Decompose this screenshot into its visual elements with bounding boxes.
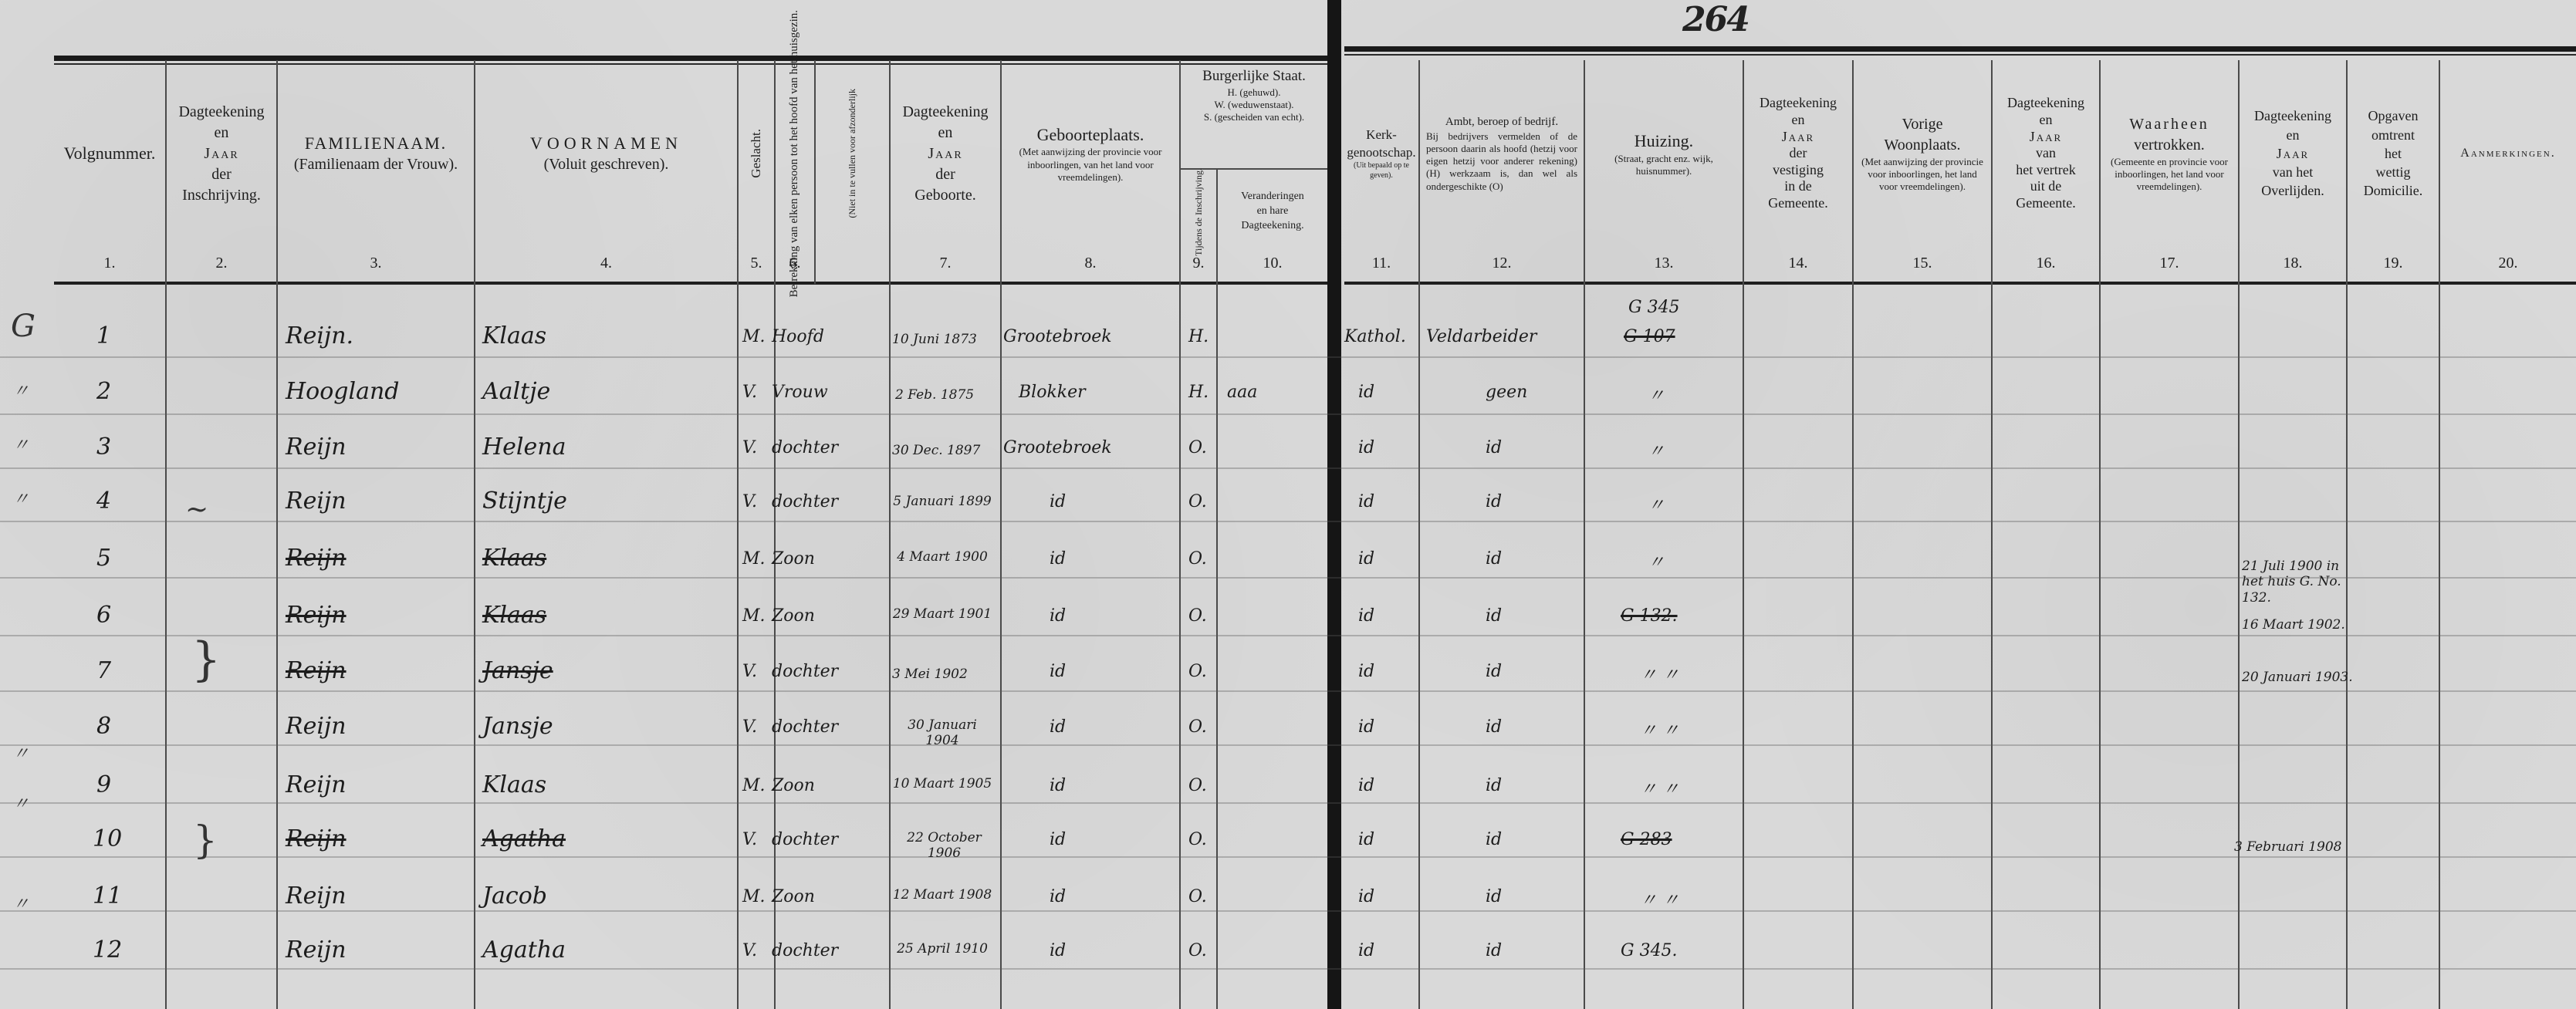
header-sublabel: (Straat, gracht enz. wijk, huisnummer).: [1585, 153, 1743, 178]
header-label: en: [938, 123, 953, 143]
row-line: [0, 635, 2576, 636]
row-burgerlijke-staat: O.: [1188, 492, 1207, 511]
row-line: [0, 910, 2576, 912]
row-betrekking: Hoofd: [772, 327, 824, 346]
header-label: Dagteekening: [902, 102, 988, 123]
header-label: Domicilie.: [2364, 181, 2422, 200]
margin-ditto-mark: 〃: [12, 378, 29, 402]
header-label: omtrent: [2371, 126, 2415, 144]
row-kerkgenootschap: id: [1358, 887, 1374, 906]
row-beroep: id: [1486, 830, 1502, 849]
row-betrekking: Zoon: [772, 606, 815, 626]
row-beroep: geen: [1486, 383, 1527, 402]
row-burgerlijke-staat: H.: [1188, 383, 1209, 402]
row-overlijden: 20 Januari 1903.: [2242, 670, 2353, 685]
row-line: [0, 856, 2576, 858]
header-label: Huizing.: [1635, 130, 1693, 153]
header-label: en: [2287, 126, 2300, 144]
margin-ditto-mark: 〃: [12, 791, 29, 815]
row-huizing: 〃: [1648, 492, 1665, 516]
bracket-mark: }: [191, 633, 221, 687]
column-number: 6.: [776, 255, 814, 272]
header-aanmerkingen: Aanmerkingen.: [2440, 57, 2576, 250]
header-label: genootschap.: [1347, 144, 1415, 162]
row-huizing: G 345.: [1621, 941, 1678, 960]
header-legend: S. (gescheiden van echt).: [1198, 111, 1310, 123]
row-familienaam-struck: Reijn: [286, 545, 347, 572]
row-kerkgenootschap: id: [1358, 438, 1374, 457]
row-voornamen-struck: Klaas: [482, 602, 546, 629]
header-label: FAMILIENAAM.: [305, 132, 447, 155]
row-burgerlijke-staat: O.: [1188, 662, 1207, 681]
row-volgnummer: 4: [96, 488, 111, 515]
column-number: 2.: [167, 255, 276, 272]
row-voornamen: Klaas: [482, 322, 546, 349]
header-label: Kerk-: [1366, 127, 1397, 144]
header-label: uit de: [2030, 178, 2062, 195]
column-number: 19.: [2348, 255, 2439, 272]
header-betrekking: Betrekking van elken persoon tot het hoo…: [776, 57, 814, 250]
row-geboorteplaats: id: [1050, 492, 1066, 511]
row-betrekking: Zoon: [772, 776, 815, 795]
row-kerkgenootschap: id: [1358, 830, 1374, 849]
row-voornamen-struck: Klaas: [482, 545, 546, 572]
row-geboorte: 5 Januari 1899: [892, 494, 992, 509]
header-label: der: [1790, 145, 1807, 162]
header-sublabel: (Uit bepaald op te geven).: [1344, 161, 1418, 181]
row-burgerlijke-staat: O.: [1188, 717, 1207, 737]
row-huizing: G 345: [1628, 298, 1680, 317]
row-volgnummer: 2: [96, 378, 111, 405]
column-number: 10.: [1218, 255, 1327, 272]
row-beroep: id: [1486, 549, 1502, 569]
row-burgerlijke-staat: O.: [1188, 438, 1207, 457]
row-geslacht: M.: [742, 327, 766, 346]
header-label: Veranderingen: [1241, 190, 1304, 204]
bracket-mark: ~: [185, 494, 208, 525]
row-volgnummer: 10: [93, 825, 122, 852]
header-sublabel: (Met aanwijzing der provincie voor inboo…: [1002, 146, 1179, 184]
row-geboorte: 29 Maart 1901: [892, 606, 992, 622]
row-line: [0, 802, 2576, 804]
header-tijdens-inschrijving: Tijdens de Inschrijving.: [1181, 171, 1216, 252]
column-divider: [1216, 168, 1218, 1009]
row-geboorte: 22 October 1906: [892, 830, 996, 862]
header-dagteekening-geboorte: Dagteekening en Jaar der Geboorte.: [891, 57, 1000, 250]
header-volgnummer: Volgnummer.: [54, 57, 165, 250]
header-niet-in-te-vullen: (Niet in te vullen voor afzonderlijk: [816, 57, 889, 250]
row-familienaam: Reijn: [286, 882, 347, 909]
row-voornamen: Jansje: [482, 713, 553, 740]
header-label: Dagteekening: [1760, 95, 1837, 112]
header-label: VOORNAMEN: [530, 132, 682, 155]
column-number: 16.: [1993, 255, 2099, 272]
header-label: vertrokken.: [2134, 135, 2205, 156]
header-label: Woonplaats.: [1885, 135, 1961, 156]
column-number: 12.: [1420, 255, 1584, 272]
header-label: Vorige: [1902, 114, 1943, 135]
row-kerkgenootschap: id: [1358, 662, 1374, 681]
row-beroep: id: [1486, 717, 1502, 737]
header-label: Aanmerkingen.: [2460, 145, 2555, 162]
row-betrekking: Zoon: [772, 887, 815, 906]
row-volgnummer: 8: [96, 713, 111, 740]
header-voornamen: VOORNAMEN (Voluit geschreven).: [475, 57, 737, 250]
row-betrekking: dochter: [772, 717, 838, 737]
header-label: het: [2385, 144, 2402, 163]
row-geboorte: 10 Juni 1873: [892, 332, 977, 347]
row-huizing: 〃 〃: [1640, 717, 1679, 741]
header-label: der: [211, 164, 232, 185]
row-geslacht: V.: [742, 383, 757, 402]
row-line: [0, 968, 2576, 970]
header-label: Overlijden.: [2261, 181, 2324, 200]
row-huizing-struck: G 283: [1621, 830, 1672, 849]
row-kerkgenootschap: id: [1358, 717, 1374, 737]
header-label: Gemeente.: [1768, 195, 1827, 212]
row-familienaam: Reijn: [286, 434, 347, 461]
row-geboorteplaats: Grootebroek: [1003, 327, 1112, 346]
row-line: [0, 413, 2576, 415]
header-label: Gemeente.: [2016, 195, 2075, 212]
row-betrekking: dochter: [772, 438, 838, 457]
row-volgnummer: 7: [96, 657, 111, 684]
header-sublabel: (Gemeente en provincie voor inboorlingen…: [2101, 156, 2238, 194]
row-burgerlijke-staat: O.: [1188, 830, 1207, 849]
header-label: Dagteekening.: [1241, 219, 1303, 234]
column-number: 18.: [2240, 255, 2346, 272]
row-kerkgenootschap: Kathol.: [1344, 327, 1406, 346]
bracket-mark: }: [193, 818, 218, 862]
header-label: van: [2036, 145, 2056, 162]
header-vertrek: Dagteekening en Jaar van het vertrek uit…: [1993, 57, 2099, 250]
margin-ditto-mark: 〃: [12, 891, 29, 915]
header-label: Geslacht.: [749, 129, 764, 178]
header-vorige-woonplaats: Vorige Woonplaats. (Met aanwijzing der p…: [1854, 57, 1991, 250]
row-kerkgenootschap: id: [1358, 383, 1374, 402]
row-kerkgenootschap: id: [1358, 776, 1374, 795]
row-line: [0, 690, 2576, 692]
header-familienaam: FAMILIENAAM. (Familienaam der Vrouw).: [278, 57, 474, 250]
header-burgerlijke-staat: Burgerlijke Staat. H. (gehuwd). W. (wedu…: [1181, 60, 1327, 174]
row-familienaam: Reijn: [286, 936, 347, 963]
column-number: 13.: [1585, 255, 1743, 272]
row-familienaam: Reijn: [286, 771, 347, 798]
margin-ditto-mark: 〃: [12, 486, 29, 510]
row-line: [0, 467, 2576, 469]
header-sublabel: (Met aanwijzing der provincie voor inboo…: [1854, 156, 1991, 194]
header-overlijden: Dagteekening en Jaar van het Overlijden.: [2240, 57, 2346, 250]
row-geboorteplaats: id: [1050, 717, 1066, 737]
row-beroep: id: [1486, 438, 1502, 457]
row-geboorte: 25 April 1910: [892, 941, 992, 957]
row-voornamen: Agatha: [482, 936, 566, 963]
column-number: 8.: [1002, 255, 1179, 272]
header-top-rule-right: [1344, 46, 2576, 52]
row-geboorte: 30 Januari 1904: [892, 717, 992, 749]
row-huizing: 〃 〃: [1640, 776, 1679, 800]
header-label: Dagteekening: [2254, 106, 2331, 125]
header-label: het vertrek: [2016, 162, 2075, 179]
row-burgerlijke-staat: O.: [1188, 887, 1207, 906]
header-bottom-rule-left: [54, 282, 1327, 285]
row-geboorte: 30 Dec. 1897: [892, 443, 980, 458]
row-kerkgenootschap: id: [1358, 941, 1374, 960]
row-voornamen: Stijntje: [482, 488, 567, 515]
row-volgnummer: 11: [93, 882, 122, 909]
column-number: 4.: [475, 255, 737, 272]
page-number: 264: [1682, 0, 1749, 39]
header-label: Jaar: [204, 143, 238, 164]
row-burgerlijke-staat: O.: [1188, 549, 1207, 569]
column-number: 1.: [54, 255, 165, 272]
header-sublabel: (Familienaam der Vrouw).: [294, 154, 458, 175]
column-number: 7.: [891, 255, 1000, 272]
row-huizing: 〃: [1648, 549, 1665, 573]
column-number: 20.: [2440, 255, 2576, 272]
header-label: Geboorteplaats.: [1037, 123, 1144, 147]
header-label: Waarheen: [2129, 114, 2209, 135]
row-voornamen: Helena: [482, 434, 566, 461]
row-huizing-struck: G 132.: [1621, 606, 1678, 626]
row-geslacht: M.: [742, 887, 766, 906]
row-line: [0, 744, 2576, 746]
header-label: wettig: [2376, 163, 2411, 181]
row-beroep: id: [1486, 941, 1502, 960]
margin-ditto-mark: 〃: [12, 741, 29, 764]
header-label: Jaar: [928, 143, 962, 164]
row-familienaam-struck: Reijn: [286, 825, 347, 852]
header-label: en hare: [1257, 204, 1289, 219]
row-betrekking: Vrouw: [772, 383, 828, 402]
row-burgerlijke-staat: H.: [1188, 327, 1209, 346]
row-overlijden: 16 Maart 1902.: [2242, 617, 2345, 633]
row-beroep: id: [1486, 662, 1502, 681]
header-label: Volgnummer.: [64, 142, 156, 165]
row-beroep: id: [1486, 776, 1502, 795]
header-label: en: [215, 123, 229, 143]
row-volgnummer: 1: [96, 322, 111, 349]
column-number: 3.: [278, 255, 474, 272]
row-geboorteplaats: id: [1050, 887, 1066, 906]
row-familienaam: Hoogland: [286, 378, 400, 405]
header-label: en: [2040, 112, 2053, 129]
row-geslacht: V.: [742, 438, 757, 457]
row-voornamen: Jacob: [482, 882, 547, 909]
row-kerkgenootschap: id: [1358, 549, 1374, 569]
header-label: Tijdens de Inschrijving.: [1187, 168, 1211, 256]
header-label: Jaar: [2277, 144, 2309, 163]
row-geslacht: M.: [742, 549, 766, 569]
column-number: 9.: [1181, 255, 1216, 272]
header-label: Burgerlijke Staat.: [1202, 66, 1306, 86]
header-label: in de: [1784, 178, 1812, 195]
row-geboorte: 3 Mei 1902: [892, 666, 968, 682]
row-huizing: 〃 〃: [1640, 662, 1679, 686]
row-voornamen-struck: Jansje: [482, 657, 553, 684]
header-geslacht: Geslacht.: [739, 57, 774, 250]
row-geslacht: M.: [742, 776, 766, 795]
row-geslacht: M.: [742, 606, 766, 626]
row-volgnummer: 5: [96, 545, 111, 572]
row-geboorteplaats: id: [1050, 662, 1066, 681]
header-kerkgenootschap: Kerk- genootschap. (Uit bepaald op te ge…: [1344, 57, 1418, 250]
row-geslacht: V.: [742, 717, 757, 737]
header-sublabel: (Voluit geschreven).: [544, 154, 669, 175]
row-familienaam: Reijn: [286, 713, 347, 740]
header-sublabel: Bij bedrijvers vermelden of de persoon d…: [1420, 130, 1584, 193]
row-geboorte: 12 Maart 1908: [892, 887, 992, 903]
header-label: Opgaven: [2368, 106, 2419, 125]
header-beroep: Ambt, beroep of bedrijf. Bij bedrijvers …: [1420, 57, 1584, 250]
row-betrekking: dochter: [772, 941, 838, 960]
header-label: der: [935, 164, 955, 185]
header-label: Inschrijving.: [182, 185, 261, 206]
row-geboorte: 4 Maart 1900: [892, 549, 992, 565]
row-geslacht: V.: [742, 492, 757, 511]
header-label: (Niet in te vullen voor afzonderlijk: [840, 89, 864, 218]
header-geboorteplaats: Geboorteplaats. (Met aanwijzing der prov…: [1002, 57, 1179, 250]
row-betrekking: dochter: [772, 830, 838, 849]
margin-mark: G: [11, 309, 35, 344]
row-overlijden: 21 Juli 1900 in het huis G. No. 132.: [2242, 558, 2344, 606]
row-geboorteplaats: Blokker: [1019, 383, 1086, 402]
header-vestiging: Dagteekening en Jaar der vestiging in de…: [1744, 57, 1852, 250]
row-beroep: id: [1486, 606, 1502, 626]
row-burgerlijke-staat: O.: [1188, 941, 1207, 960]
column-number: 15.: [1854, 255, 1991, 272]
row-verandering: aaa: [1227, 383, 1257, 402]
header-legend: W. (weduwenstaat).: [1208, 99, 1300, 111]
row-huizing: 〃: [1648, 383, 1665, 407]
row-geboorteplaats: id: [1050, 941, 1066, 960]
row-geboorteplaats: Grootebroek: [1003, 438, 1112, 457]
row-geslacht: V.: [742, 662, 757, 681]
row-line: [0, 521, 2576, 522]
row-burgerlijke-staat: O.: [1188, 606, 1207, 626]
row-familienaam: Reijn.: [286, 322, 353, 349]
header-label: Jaar: [2030, 129, 2062, 146]
column-number: 17.: [2101, 255, 2238, 272]
column-number: 11.: [1344, 255, 1418, 272]
row-voornamen: Aaltje: [482, 378, 550, 405]
row-geboorteplaats: id: [1050, 606, 1066, 626]
row-geslacht: V.: [742, 830, 757, 849]
header-label: en: [1792, 112, 1805, 129]
row-overlijden: 3 Februari 1908: [2234, 839, 2341, 855]
header-waarheen: Waarheen vertrokken. (Gemeente en provin…: [2101, 57, 2238, 250]
row-huizing: 〃 〃: [1640, 887, 1679, 911]
header-huizing: Huizing. (Straat, gracht enz. wijk, huis…: [1585, 57, 1743, 250]
row-familienaam: Reijn: [286, 488, 347, 515]
header-domicilie: Opgaven omtrent het wettig Domicilie.: [2348, 57, 2439, 250]
row-huizing: 〃: [1648, 438, 1665, 462]
row-line: [0, 356, 2576, 358]
header-label: vestiging: [1773, 162, 1824, 179]
row-line: [0, 577, 2576, 579]
row-familienaam-struck: Reijn: [286, 657, 347, 684]
row-geboorteplaats: id: [1050, 776, 1066, 795]
header-label: van het: [2273, 163, 2313, 181]
column-number: 5.: [739, 255, 774, 272]
header-label: Dagteekening: [178, 102, 264, 123]
row-betrekking: dochter: [772, 492, 838, 511]
header-legend: H. (gehuwd).: [1222, 86, 1287, 99]
row-geboorteplaats: id: [1050, 549, 1066, 569]
row-geboorte: 2 Feb. 1875: [895, 387, 974, 403]
header-veranderingen: Veranderingen en hare Dagteekening.: [1218, 171, 1327, 252]
row-betrekking: dochter: [772, 662, 838, 681]
row-kerkgenootschap: id: [1358, 606, 1374, 626]
margin-ditto-mark: 〃: [12, 432, 29, 456]
header-dagteekening-inschrijving: Dagteekening en Jaar der Inschrijving.: [167, 57, 276, 250]
header-label: Jaar: [1782, 129, 1814, 146]
row-beroep: id: [1486, 887, 1502, 906]
header-label: Dagteekening: [2007, 95, 2084, 112]
row-beroep: id: [1486, 492, 1502, 511]
row-volgnummer: 12: [93, 936, 122, 963]
row-betrekking: Zoon: [772, 549, 815, 569]
row-huizing-struck: G 107: [1624, 327, 1675, 346]
row-kerkgenootschap: id: [1358, 492, 1374, 511]
header-label: Ambt, beroep of bedrijf.: [1445, 114, 1558, 130]
row-familienaam-struck: Reijn: [286, 602, 347, 629]
row-volgnummer: 9: [96, 771, 111, 798]
row-geboorteplaats: id: [1050, 830, 1066, 849]
column-number: 14.: [1744, 255, 1852, 272]
row-voornamen: Klaas: [482, 771, 546, 798]
row-beroep: Veldarbeider: [1426, 327, 1536, 346]
row-volgnummer: 3: [96, 434, 111, 461]
row-geslacht: V.: [742, 941, 757, 960]
row-voornamen-struck: Agatha: [482, 825, 566, 852]
row-volgnummer: 6: [96, 602, 111, 629]
row-burgerlijke-staat: O.: [1188, 776, 1207, 795]
row-geboorte: 10 Maart 1905: [892, 776, 992, 791]
header-label: Geboorte.: [914, 185, 975, 206]
header-bottom-rule-right: [1344, 282, 2576, 285]
